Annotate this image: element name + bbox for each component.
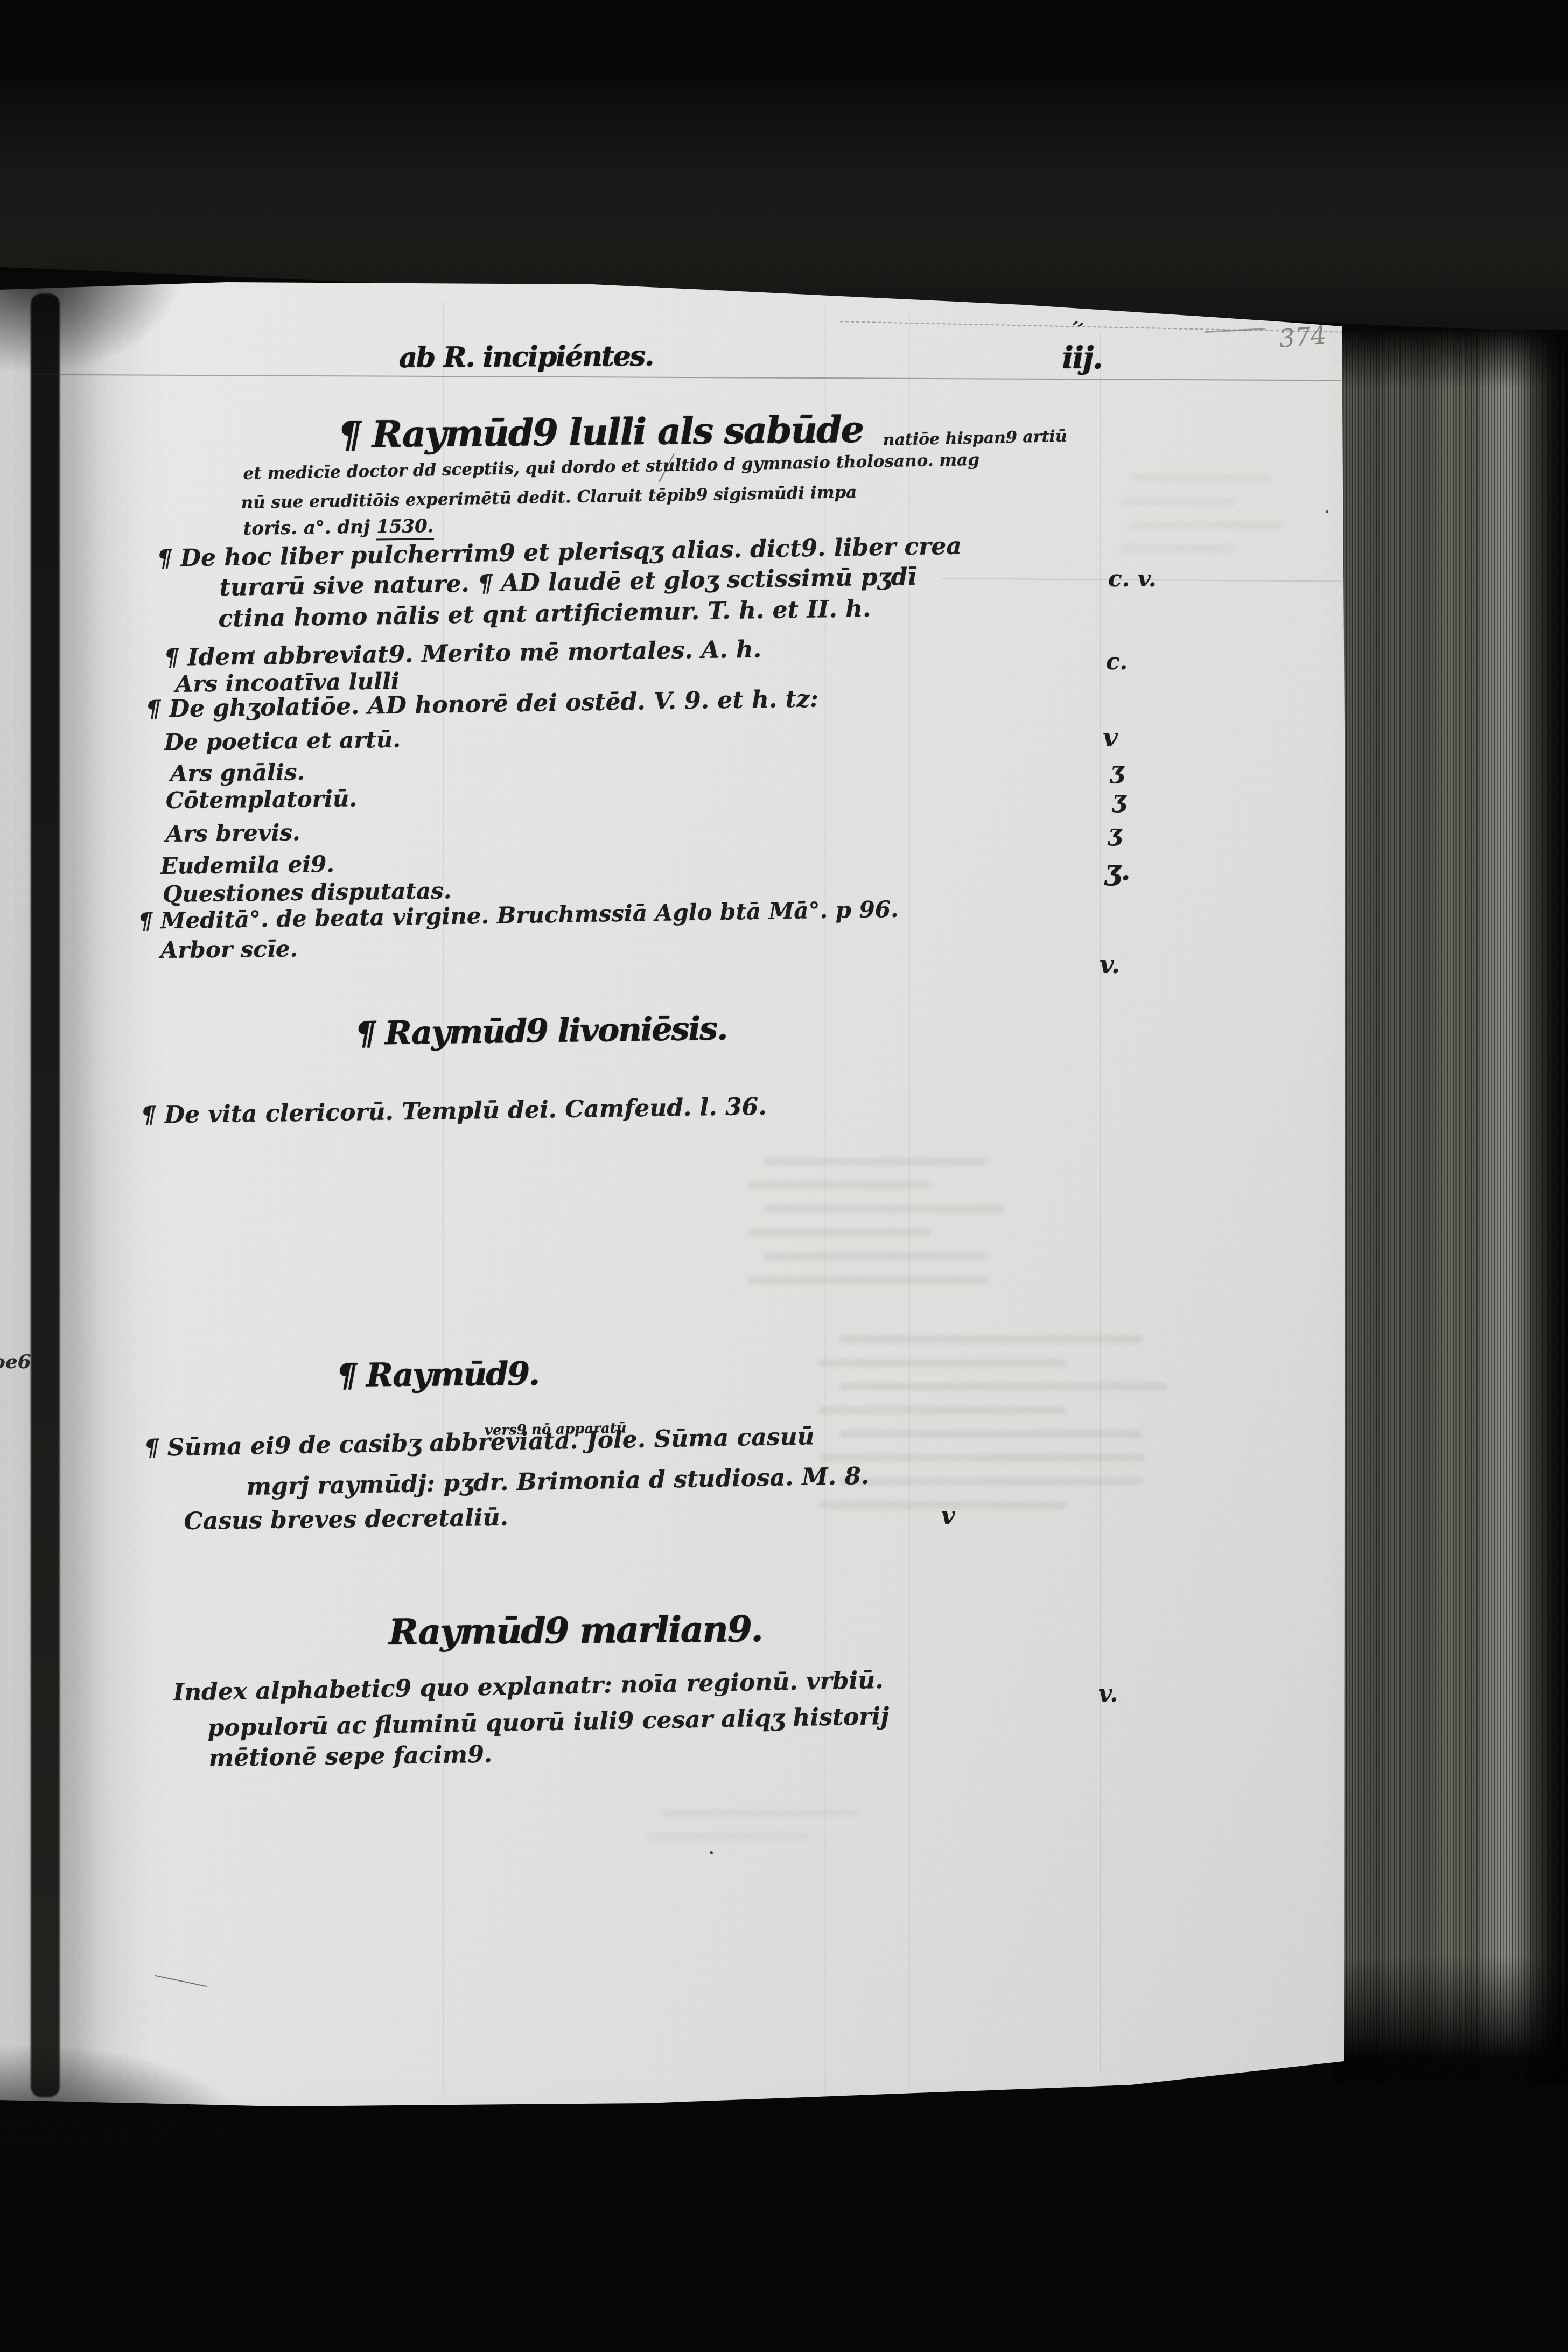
note-year: 1530. — [376, 515, 434, 540]
catalog-entry-line: Ars gnālis. — [170, 759, 305, 787]
catalog-entry-line: Questiones disputatas. — [162, 877, 451, 907]
margin-rule — [1100, 334, 1101, 2073]
catalog-entry-line: Casus breves decretaliū. — [184, 1504, 508, 1535]
show-through-text — [1120, 474, 1282, 569]
catalog-entry-line: Cōtemplatoriū. — [165, 785, 357, 814]
catalog-entry-line: Ars brevis. — [165, 819, 300, 847]
pencil-foliation: 374 — [1278, 320, 1327, 353]
catalog-entry-line: Arbor scīe. — [160, 935, 298, 963]
top-left-corner-shadow — [0, 272, 183, 374]
gutter-shadow — [31, 293, 60, 2097]
margin-mark: v. — [1100, 950, 1120, 979]
margin-mark: c. — [1106, 648, 1128, 675]
ink-speck — [1326, 510, 1328, 513]
show-through-text — [646, 1809, 872, 1857]
left-edge-marginalia: ɔe6 — [0, 1350, 31, 1373]
margin-mark: v. — [1098, 1680, 1118, 1707]
margin-mark: ʒ — [1108, 820, 1122, 847]
running-title: ab R. incipiéntes. — [399, 340, 653, 374]
margin-mark: v — [941, 1502, 955, 1530]
bottom-left-corner-shadow — [0, 2046, 248, 2143]
catalog-entry-line: mētionē sepe facim9. — [208, 1741, 492, 1772]
margin-mark: ʒ — [1112, 786, 1126, 814]
heading-annotation: natiōe hispan9 artiū — [883, 427, 1067, 450]
section-heading-livoniensis: ¶ Raymūd9 livoniēsis. — [355, 1010, 727, 1053]
biographical-note-line: toris. a°. dnj 1530. — [243, 515, 433, 540]
ink-speck — [710, 1851, 713, 1854]
show-through-text — [748, 1158, 1002, 1300]
note-date-prefix: toris. a°. dnj — [243, 516, 376, 540]
photograph-frame: ab R. incipiéntes. iij. ’’ 374 ¶ Raymūd9… — [0, 0, 1568, 2352]
catalog-entry-line: De poetica et artū. — [164, 726, 401, 755]
margin-mark: c. v. — [1108, 565, 1157, 592]
folio-number: iij. — [1062, 340, 1102, 376]
show-through-text — [818, 1335, 1163, 1525]
book-fore-edge — [1334, 330, 1568, 2085]
catalog-entry-line: Eudemila ei9. — [160, 851, 334, 879]
margin-mark: ʒ. — [1105, 854, 1131, 887]
section-heading-lull: ¶ Raymūd9 lulli als sabūde — [338, 408, 863, 457]
section-heading-raymundus: ¶ Raymūd9. — [336, 1355, 538, 1395]
margin-mark: v — [1103, 723, 1118, 753]
section-heading-marlianus: Raymūd9 marlian9. — [388, 1608, 762, 1653]
margin-mark: ʒ — [1110, 757, 1124, 785]
